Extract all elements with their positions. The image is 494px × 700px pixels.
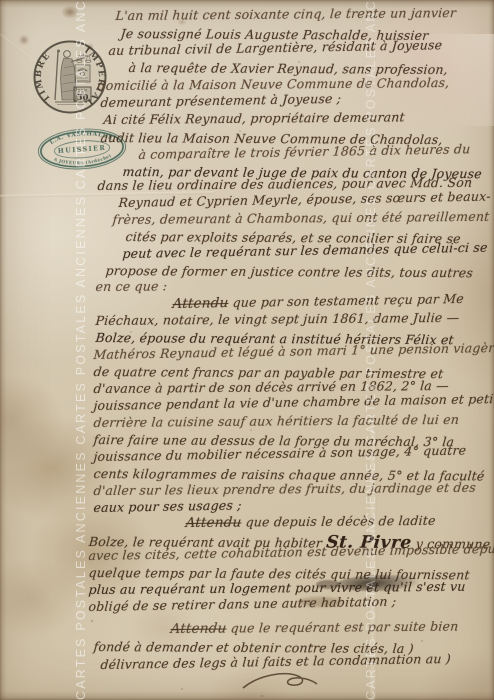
ink-smudge-small — [316, 580, 340, 589]
manuscript-line: Attendu que depuis le décès de ladite — [185, 513, 436, 531]
manuscript-line: Piéchaux, notaire, le vingt sept juin 18… — [95, 310, 460, 328]
manuscript-line: en ce que : — [95, 278, 168, 294]
manuscript-line: Attendu que le requérant est par suite b… — [170, 618, 459, 637]
manuscript-line: derrière la cuisine sauf aux héritiers l… — [93, 412, 460, 430]
signature-flourish — [240, 670, 320, 696]
manuscript-text: L'an mil huit cent soixante cinq, le tre… — [0, 0, 494, 700]
manuscript-line: Ai cité Félix Reynaud, propriétaire deme… — [103, 109, 405, 127]
manuscript-line: Attendu que par son testament reçu par M… — [172, 291, 464, 312]
manuscript-line: eaux pour ses usages ; — [93, 497, 242, 515]
manuscript-line: domicilié à la Maison Neuve Commune de C… — [97, 75, 450, 93]
manuscript-line: obligé de se retirer dans une autre habi… — [88, 594, 397, 614]
manuscript-line: frères, demeurant à Chambonas, qui ont é… — [112, 209, 490, 227]
manuscript-page: TIMBRE IMPERIAL CEN 5 — [0, 0, 494, 700]
manuscript-line: demeurant présentement à Joyeuse ; — [100, 91, 342, 110]
manuscript-line: d'aller sur les lieux prendre des fruits… — [93, 480, 477, 498]
manuscript-line: L'an mil huit cent soixante cinq, le tre… — [115, 5, 457, 23]
